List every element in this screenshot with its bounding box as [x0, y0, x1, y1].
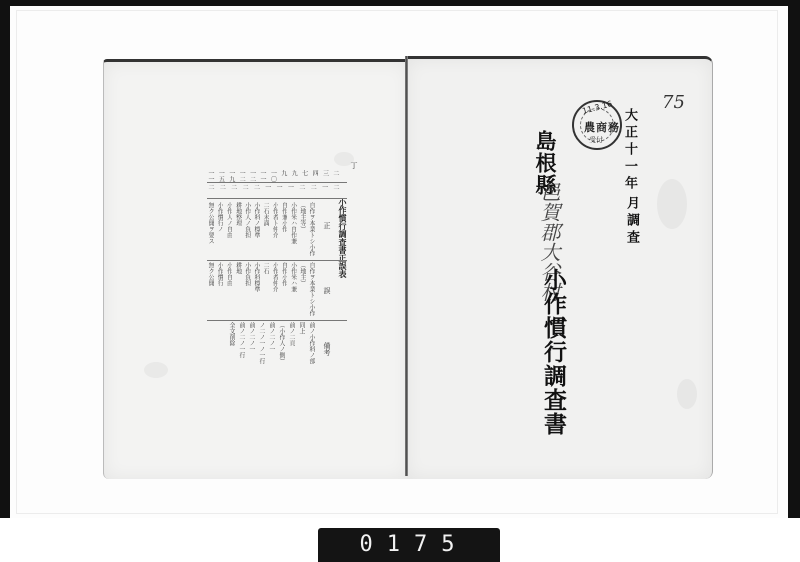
errata-cell: 小作料標準 — [253, 262, 260, 318]
errata-title: 小作慣行調査書正誤表 — [338, 198, 349, 278]
handwritten-page-number: 75 — [662, 92, 685, 113]
column-header-page-line: 丁 — [349, 162, 359, 169]
errata-cell: （小作人ノ側） — [277, 322, 285, 367]
row-index-cell: 二 — [241, 184, 248, 196]
errata-cell: 小作米ハ兼 — [289, 262, 296, 318]
row-index-cell: 一 — [264, 184, 271, 196]
errata-cell: 小作者仲介 — [271, 262, 278, 318]
row-index-cell: 二 — [298, 184, 305, 196]
errata-cell: 小作人ノ負担 — [244, 202, 251, 258]
row-index-cell: 二 — [332, 184, 339, 196]
errata-cell: 小作者ト仲介 — [271, 202, 278, 258]
errata-cell: 無ク公開ヲ要ス — [207, 202, 214, 258]
errata-cell: 耕地整理 — [234, 202, 241, 258]
row-index-cell: 二 — [230, 184, 237, 196]
note-column: 前ノ小作料ノ部同上前ノ二頁（小作人ノ側）前ノ二ノ一ノ二ノ一ノ一行前ノ二ノ一前ノ二… — [207, 322, 315, 367]
errata-cell: 小作人ノ自由 — [225, 202, 232, 258]
column-header-correct: 正 — [322, 222, 332, 229]
row-index-line: 二一二二一一一二二二二二 — [207, 184, 339, 196]
row-index-cell: 一 — [287, 184, 294, 196]
errata-cell: 小作慣行ノ — [216, 202, 223, 258]
row-index-cell: 一 — [275, 184, 282, 196]
error-column: 自作ヲ本業トシ小作（地主）小作米ハ兼自作小作小作者仲介二石小作料標準小作負担耕地… — [207, 262, 315, 318]
errata-cell: （地主） — [299, 262, 306, 318]
errata-cell: 同上 — [297, 322, 305, 367]
errata-cell: 前ノ小作料ノ部 — [307, 322, 315, 367]
column-header-error: 誤 — [322, 287, 332, 294]
stamp-text: 農商務 — [584, 119, 620, 135]
errata-cell: 小作負担 — [244, 262, 251, 318]
date-month: 月調査 — [622, 196, 641, 247]
errata-cell: 無ク公開 — [207, 262, 214, 318]
errata-cell: （地主等） — [299, 202, 306, 258]
page-fold — [405, 56, 408, 476]
row-index-cell: 二 — [207, 184, 214, 196]
errata-cell: 自作ヲ本業トシ小作 — [308, 262, 315, 318]
row-index-cell: 二 — [218, 184, 225, 196]
date-line: 大正十一年 — [620, 108, 639, 193]
errata-cell: 二石未満 — [262, 202, 269, 258]
column-header-note: 備考 — [322, 342, 332, 356]
row-index-cell: 二 — [252, 184, 259, 196]
errata-cell: 自作ヲ本業トシ小作兼 — [308, 202, 315, 258]
frame-counter: 0175 — [318, 528, 500, 562]
errata-cell: 全文削除 — [227, 322, 235, 367]
errata-cell: 小作料ノ標準 — [253, 202, 260, 258]
errata-cell: 小作慣行 — [216, 262, 223, 318]
errata-cell: 耕地 — [234, 262, 241, 318]
row-index-cell: 二 — [309, 184, 316, 196]
errata-cell: 小作米ハ自作兼 — [289, 202, 296, 258]
errata-cell: 前ノ二ノ一 — [267, 322, 275, 367]
row-index-cell: 一 — [321, 184, 328, 196]
document-title: 小作慣行調査書 — [537, 268, 570, 436]
errata-cell: 自作小作 — [280, 262, 287, 318]
receipt-stamp: 11.3.16 農商務 受付 — [572, 100, 622, 150]
errata-cell: 自作兼小作 — [280, 202, 287, 258]
errata-cell: 前ノ二ノ一 — [247, 322, 255, 367]
stamp-bottom-text: 受付 — [589, 135, 603, 145]
errata-cell: 二石 — [262, 262, 269, 318]
errata-cell: 前ノ二頁 — [287, 322, 295, 367]
errata-table: 小作慣行調査書正誤表 丁 正 誤 備考 二三四七九九一〇一一一二一二一九一五一一… — [207, 162, 357, 367]
errata-cell: ノ二ノ一ノ一行 — [257, 322, 265, 367]
errata-cell: 小作自由 — [225, 262, 232, 318]
errata-cell: 前ノ二ノ一行 — [237, 322, 245, 367]
correct-column: 自作ヲ本業トシ小作兼（地主等）小作米ハ自作兼自作兼小作小作者ト仲介二石未満小作料… — [207, 202, 315, 258]
